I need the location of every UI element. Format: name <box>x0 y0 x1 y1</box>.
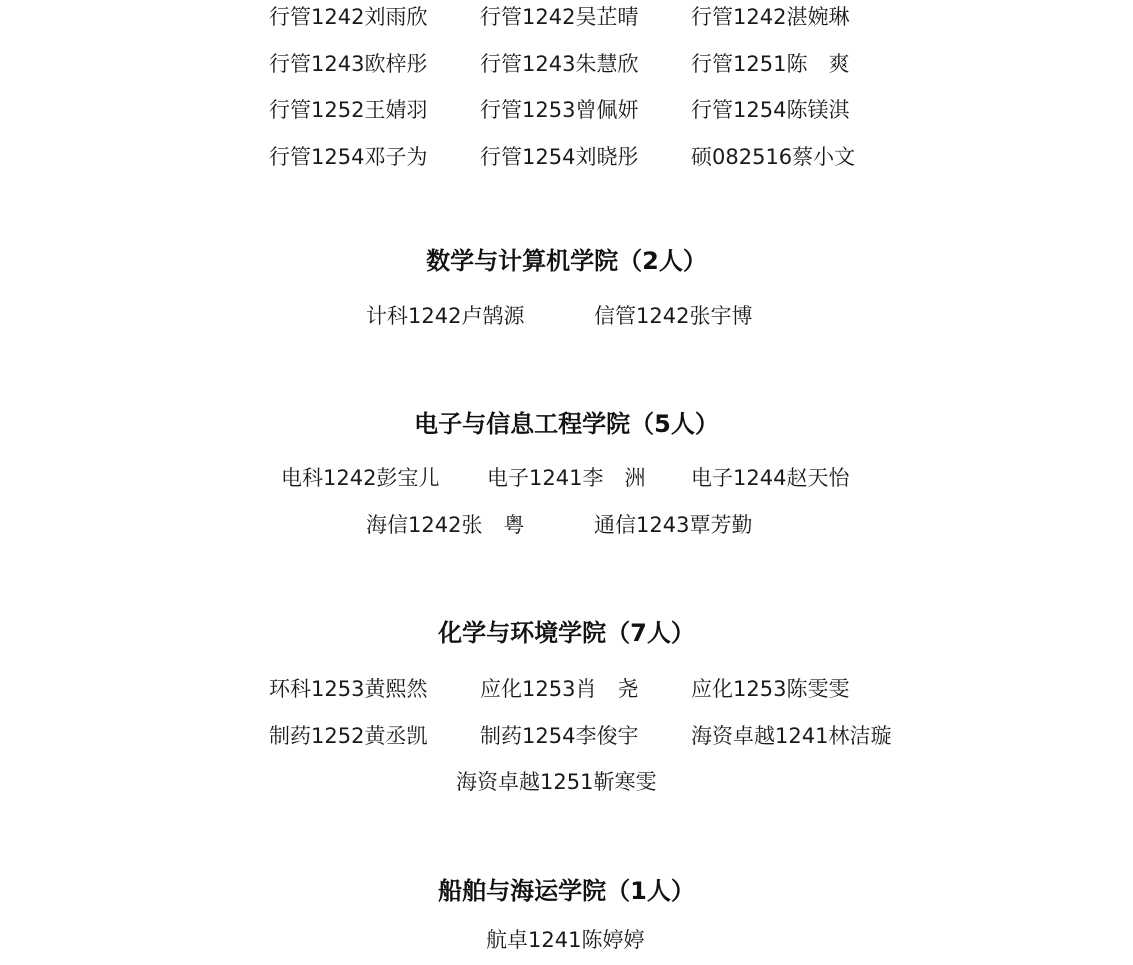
student-name: 行管1243欧梓彤 <box>269 50 427 78</box>
student-name: 硕082516蔡小文 <box>691 143 855 171</box>
student-name: 通信1243覃芳勤 <box>594 511 752 539</box>
section-heading: 数学与计算机学院（2人） <box>0 245 1133 277</box>
student-name: 应化1253肖 尧 <box>480 675 638 703</box>
student-name: 行管1254邓子为 <box>269 143 427 171</box>
student-name: 信管1242张宇博 <box>594 302 752 330</box>
student-name: 航卓1241陈婷婷 <box>486 926 644 954</box>
student-name: 行管1254陈镁淇 <box>691 96 849 124</box>
student-name: 行管1252王婧羽 <box>269 96 427 124</box>
student-name: 海信1242张 粤 <box>366 511 524 539</box>
student-name: 海资卓越1251靳寒雯 <box>456 768 656 796</box>
student-name: 电科1242彭宝儿 <box>281 464 439 492</box>
student-name: 行管1242吴芷晴 <box>480 3 638 31</box>
student-name: 海资卓越1241林洁璇 <box>691 722 891 750</box>
section-heading: 电子与信息工程学院（5人） <box>0 408 1133 440</box>
student-name: 行管1242刘雨欣 <box>269 3 427 31</box>
student-name: 行管1242湛婉琳 <box>691 3 849 31</box>
student-name: 制药1252黄丞凯 <box>269 722 427 750</box>
section-heading: 化学与环境学院（7人） <box>0 617 1133 649</box>
student-name: 环科1253黄熙然 <box>269 675 427 703</box>
student-name: 计科1242卢鹄源 <box>366 302 524 330</box>
student-name: 电子1241李 洲 <box>487 464 645 492</box>
section-heading: 船舶与海运学院（1人） <box>0 875 1133 907</box>
student-name: 行管1253曾佩妍 <box>480 96 638 124</box>
student-name: 制药1254李俊宇 <box>480 722 638 750</box>
student-name: 行管1254刘晓彤 <box>480 143 638 171</box>
student-name: 行管1251陈 爽 <box>691 50 849 78</box>
student-name: 行管1243朱慧欣 <box>480 50 638 78</box>
student-name: 应化1253陈雯雯 <box>691 675 849 703</box>
student-name: 电子1244赵天怡 <box>691 464 849 492</box>
